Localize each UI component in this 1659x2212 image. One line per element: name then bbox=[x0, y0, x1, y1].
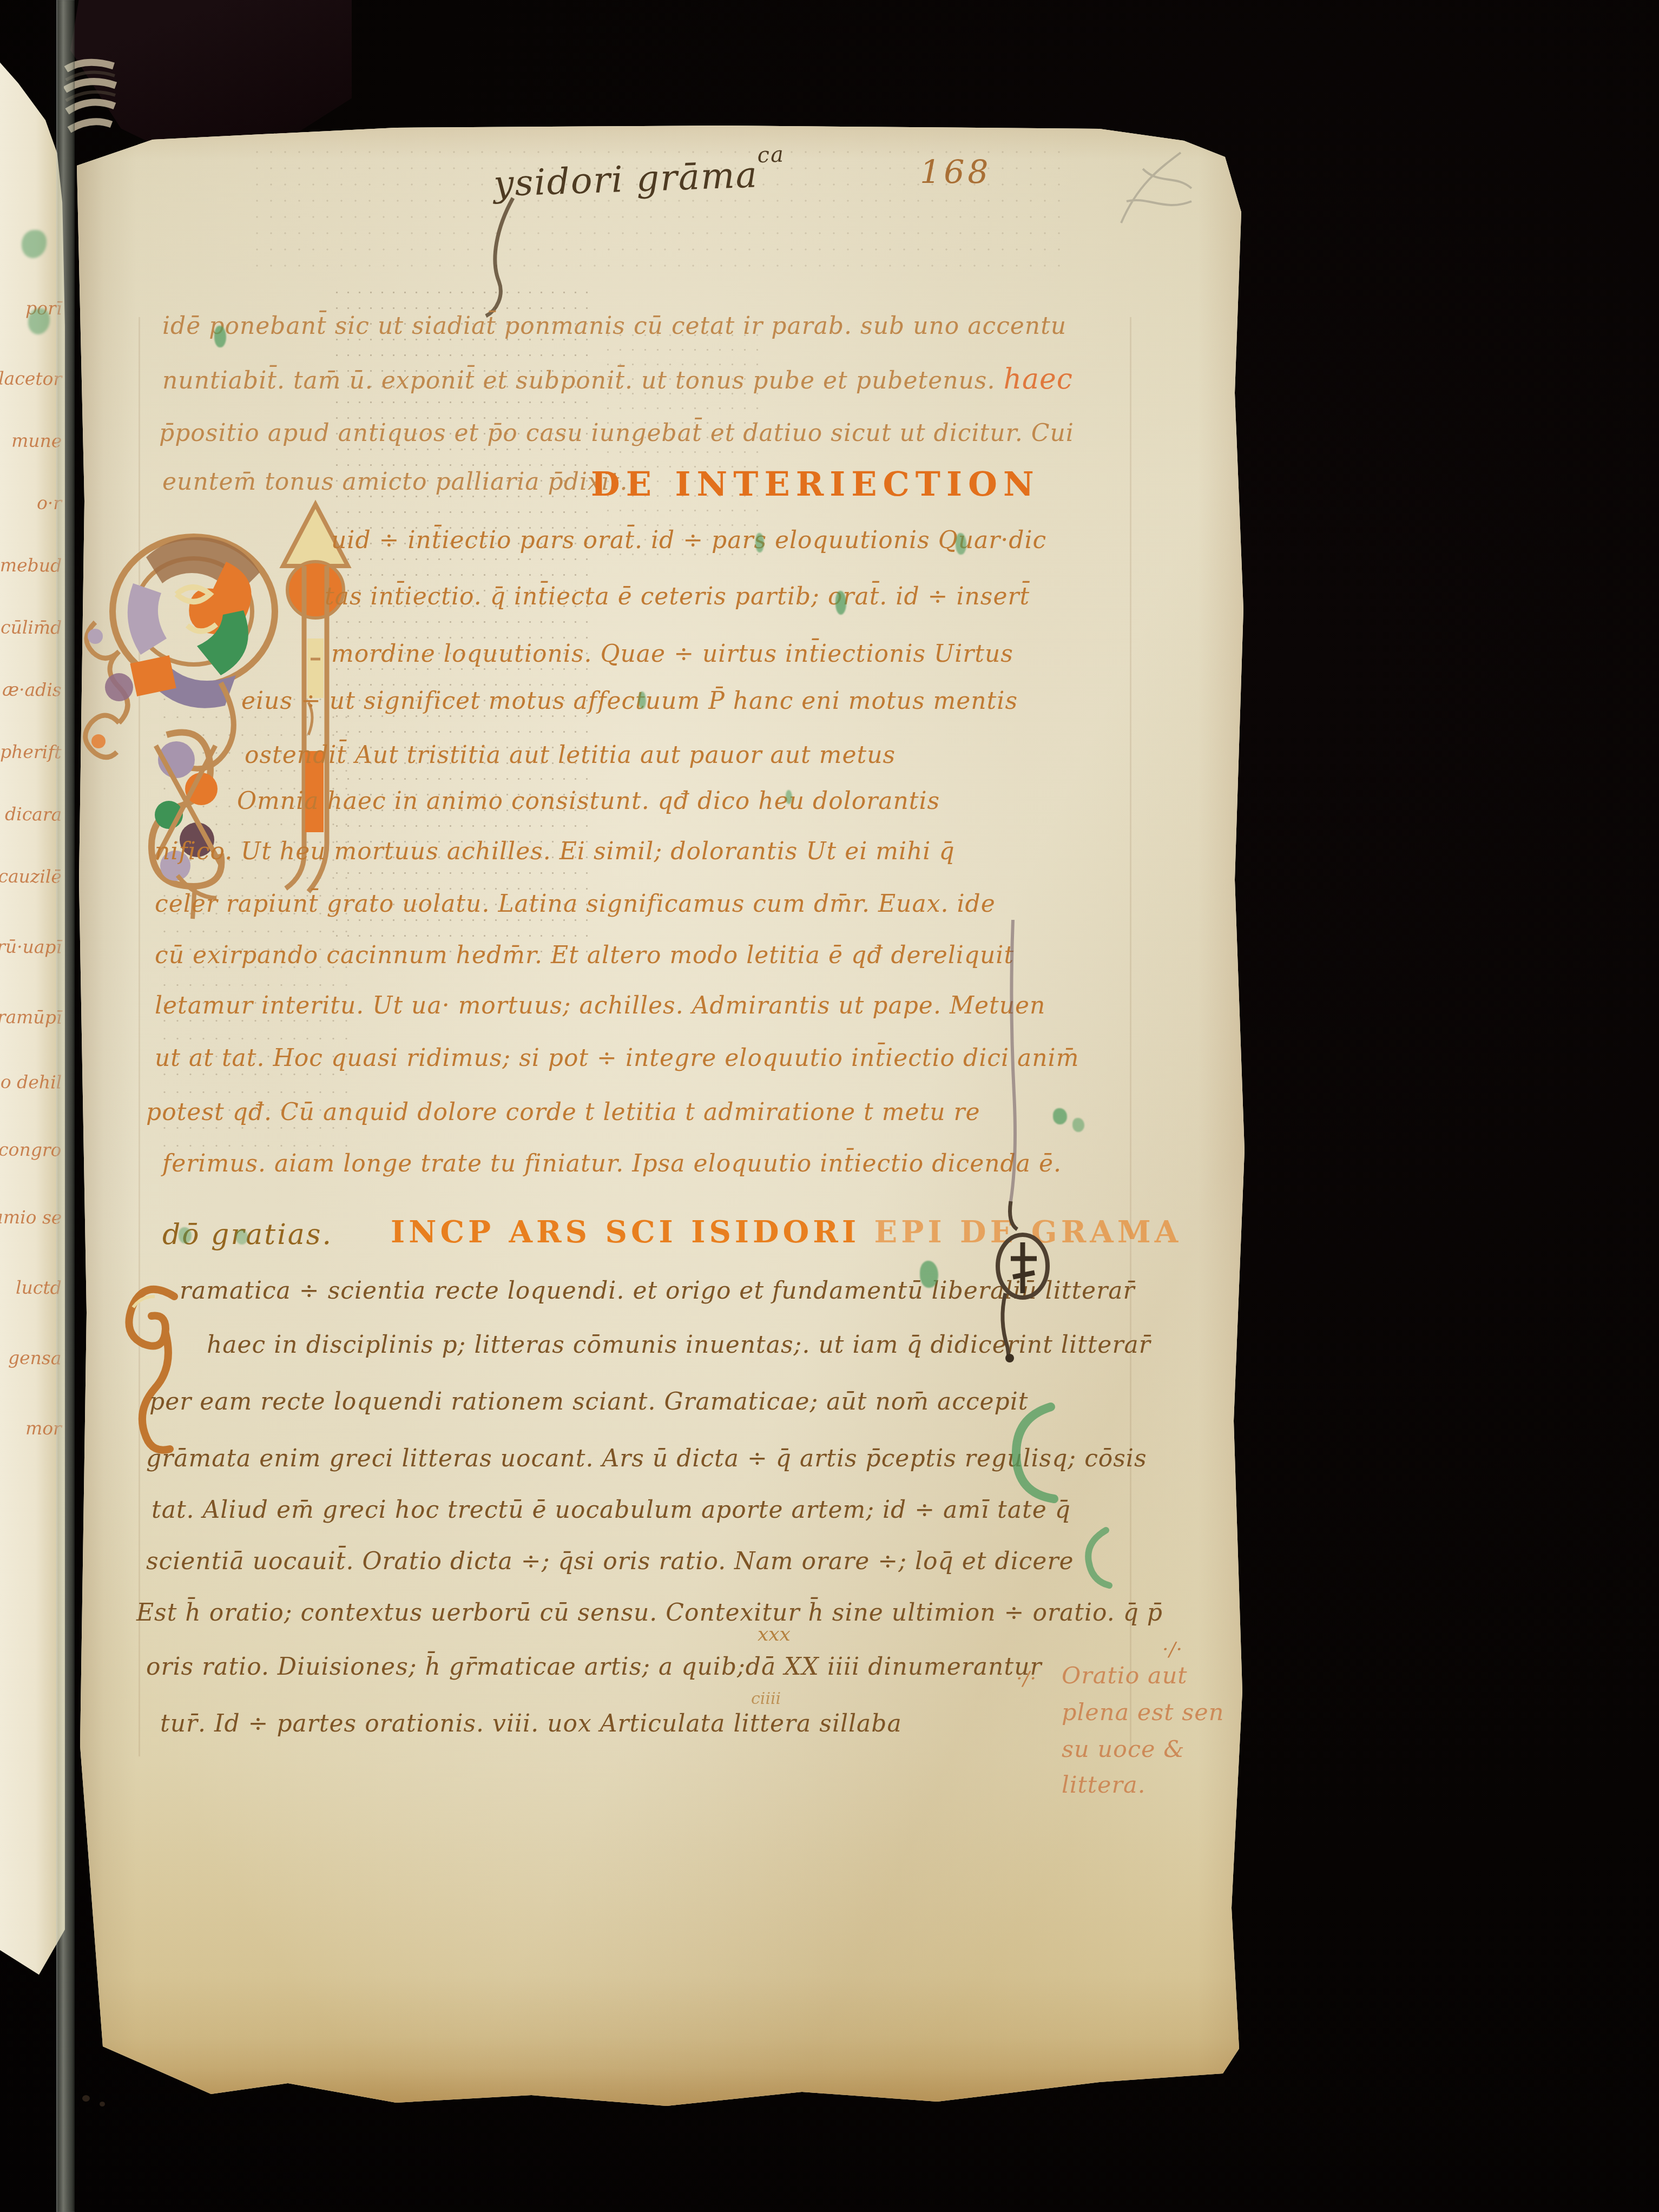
quire-mark-icon bbox=[989, 920, 1059, 1364]
green-letter-accent bbox=[638, 692, 646, 709]
text-line: eius ÷ ut significet motus affectuum P̄ … bbox=[241, 687, 1018, 715]
rubric-incipit-main: INCP ARS SCI ISIDORI bbox=[391, 1214, 860, 1250]
text-line: tas int̄iectio. q̄ int̄iecta ē ceteris p… bbox=[325, 583, 1030, 610]
green-letter-accent bbox=[179, 1227, 192, 1243]
running-title-superscript: ca bbox=[757, 142, 785, 168]
text-line: oris ratio. Diuisiones; h̄ gr̄maticae ar… bbox=[146, 1653, 1042, 1681]
text-line-body: nuntiabit̄. tam̄ ū. exponit̄ et subponit… bbox=[162, 367, 995, 394]
text-line: grāmata enim greci litteras uocant. Ars … bbox=[146, 1445, 1147, 1472]
text-line: tat. Aliud em̄ greci hoc trectū ē uocabu… bbox=[152, 1496, 1071, 1524]
facing-text-fragment: luctd bbox=[16, 1277, 62, 1299]
cross-ornament-icon bbox=[74, 617, 166, 795]
text-line: nuntiabit̄. tam̄ ū. exponit̄ et subponit… bbox=[162, 363, 1073, 396]
text-line: mordine loquutionis. Quae ÷ uirtus int̄i… bbox=[331, 640, 1013, 668]
green-smudge bbox=[28, 308, 50, 334]
margin-note-line: Oratio aut bbox=[1062, 1662, 1188, 1689]
green-smudge bbox=[920, 1261, 938, 1288]
green-nota-mark-icon bbox=[1004, 1396, 1064, 1510]
text-line: per eam recte loquendi rationem sciant. … bbox=[149, 1388, 1029, 1416]
green-smudge bbox=[1053, 1108, 1067, 1124]
text-line: ostendit̄ Aut tristitia aut letitia aut … bbox=[245, 741, 896, 769]
supralinear-correction: xxx bbox=[758, 1623, 791, 1645]
green-letter-accent bbox=[214, 326, 226, 347]
margin-note-line: plena est sen bbox=[1062, 1699, 1224, 1726]
text-line: letamur interitu. Ut ua· mortuus; achill… bbox=[155, 992, 1045, 1019]
rubric-de-interiectione: DE INTERIECTION bbox=[591, 464, 1040, 504]
green-letter-accent bbox=[755, 533, 764, 552]
text-line: celer rapiunt̄ grato uolatu. Latina sign… bbox=[155, 890, 996, 918]
ink-dot bbox=[100, 2102, 105, 2106]
glass-rod bbox=[56, 0, 75, 2212]
facing-text-fragment: lec dicara bbox=[0, 803, 62, 825]
facing-text-fragment: pamio se bbox=[0, 1206, 62, 1228]
signe-de-renvoi: ·/· bbox=[1016, 1668, 1037, 1690]
text-line: euntem̄ tonus amicto palliaria p̄dixit. bbox=[162, 468, 628, 496]
text-line: idē ponebant̄ sic ut siadiat̄ ponmanis c… bbox=[162, 312, 1066, 340]
green-letter-accent bbox=[835, 591, 846, 615]
initial-g-icon bbox=[122, 1275, 187, 1464]
green-letter-accent bbox=[236, 1229, 248, 1245]
facing-text-fragment: or congro bbox=[0, 1138, 62, 1160]
text-line: ferimus. aiam longe trate tu finiatur. I… bbox=[162, 1150, 1062, 1177]
ink-dot bbox=[82, 2095, 90, 2102]
facing-text-fragment: æ·adis bbox=[2, 679, 62, 701]
facing-text-fragment: cūlim̄d bbox=[1, 617, 62, 638]
facing-text-fragment: mune bbox=[11, 430, 62, 452]
text-line: uid ÷ int̄iectio pars orat̄. id ÷ pars e… bbox=[331, 526, 1046, 554]
text-line: cū exirpando cacinnum hedm̄r. Et altero … bbox=[155, 942, 1014, 969]
facing-text-fragment: meo dehil bbox=[0, 1071, 62, 1092]
ruling-line bbox=[1130, 317, 1131, 1756]
signe-de-renvoi: ·/· bbox=[1162, 1638, 1183, 1661]
green-letter-accent bbox=[956, 533, 966, 555]
green-letter-accent bbox=[786, 790, 792, 804]
manuscript-photo: porī placetor mune o·r damebud cūlim̄d æ… bbox=[0, 0, 1659, 2212]
folio-number: 168 bbox=[920, 154, 992, 192]
colored-word: haec bbox=[1003, 363, 1072, 396]
sublinear-correction: ciiii bbox=[751, 1689, 781, 1708]
facing-text-fragment: sparamūpī bbox=[0, 1006, 62, 1028]
rubric-incipit: INCP ARS SCI ISIDORI EPI DE GRAMA bbox=[391, 1214, 1182, 1250]
text-line: ut at tat. Hoc quasi ridimus; si pot ÷ i… bbox=[155, 1044, 1079, 1072]
facing-text-fragment: damebud bbox=[0, 554, 62, 576]
text-line: Omnia haec in animo consistunt. qđ dico … bbox=[237, 787, 940, 815]
header-flourish-icon bbox=[480, 195, 529, 319]
facing-text-fragment: gensa bbox=[8, 1347, 62, 1369]
text-line: nifico. Ut heu mortuus achilles. Ei simi… bbox=[155, 838, 955, 865]
text-line: scientiā uocauit̄. Oratio dicta ÷; q̄si … bbox=[146, 1548, 1074, 1575]
facing-text-fragment: pherift bbox=[0, 741, 62, 763]
text-line: p̄positio apud antiquos et p̄o casu iung… bbox=[159, 419, 1074, 447]
text-line: Est h̄ oratio; contextus uerborū cū sens… bbox=[136, 1599, 1163, 1627]
green-smudge bbox=[1072, 1118, 1084, 1132]
green-nota-mark-icon bbox=[1078, 1526, 1116, 1591]
facing-text-fragment: gorū·uapī bbox=[0, 936, 62, 957]
margin-note-line: su uoce & bbox=[1062, 1736, 1185, 1763]
facing-page-edge: porī placetor mune o·r damebud cūlim̄d æ… bbox=[0, 38, 65, 2094]
green-smudge bbox=[22, 230, 47, 258]
facing-text-fragment: ecauzilē bbox=[0, 865, 62, 887]
text-line: potest qđ. Cū anquid dolore corde t leti… bbox=[146, 1098, 980, 1126]
text-line: tur̄. Id ÷ partes orationis. viii. uox A… bbox=[160, 1710, 902, 1737]
facing-text-fragment: placetor bbox=[0, 367, 62, 389]
pencil-scribble-icon bbox=[1110, 136, 1202, 250]
margin-note-line: littera. bbox=[1062, 1772, 1145, 1799]
